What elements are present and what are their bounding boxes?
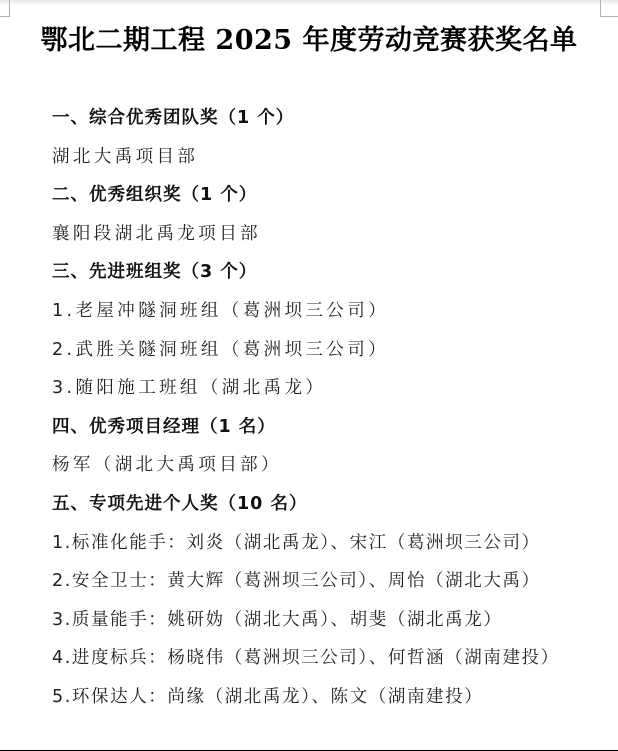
margin-corner-mark-right xyxy=(600,0,618,17)
section-heading-individual-award: 五、专项先进个人奖（10 名） xyxy=(52,490,612,529)
section-heading-organization-award: 二、优秀组织奖（1 个） xyxy=(52,181,612,220)
page-top-edge xyxy=(0,0,618,5)
section-heading-team-award: 一、综合优秀团队奖（1 个） xyxy=(52,104,612,143)
document-title: 鄂北二期工程 2025 年度劳动竞赛获奖名单 xyxy=(0,18,618,57)
list-item: 4.进度标兵：杨晓伟（葛洲坝三公司）、何哲涵（湖南建投） xyxy=(52,644,612,683)
list-item: 1.老屋冲隧洞班组（葛洲坝三公司） xyxy=(52,297,612,336)
section-heading-project-manager: 四、优秀项目经理（1 名） xyxy=(52,413,612,452)
list-item: 1.标准化能手：刘炎（湖北禹龙）、宋江（葛洲坝三公司） xyxy=(52,529,612,568)
list-item: 襄阳段湖北禹龙项目部 xyxy=(52,220,612,259)
list-item: 2.安全卫士：黄大辉（葛洲坝三公司）、周怡（湖北大禹） xyxy=(52,567,612,606)
list-item: 湖北大禹项目部 xyxy=(52,143,612,182)
list-item: 5.环保达人：尚缘（湖北禹龙）、陈文（湖南建投） xyxy=(52,683,612,722)
document-body: 一、综合优秀团队奖（1 个） 湖北大禹项目部 二、优秀组织奖（1 个） 襄阳段湖… xyxy=(52,104,612,722)
list-item: 杨军（湖北大禹项目部） xyxy=(52,451,612,490)
margin-corner-mark-left xyxy=(0,0,10,17)
list-item: 3.质量能手：姚研妫（湖北大禹）、胡斐（湖北禹龙） xyxy=(52,606,612,645)
list-item: 2.武胜关隧洞班组（葛洲坝三公司） xyxy=(52,336,612,375)
section-heading-team-group-award: 三、先进班组奖（3 个） xyxy=(52,258,612,297)
list-item: 3.随阳施工班组（湖北禹龙） xyxy=(52,374,612,413)
